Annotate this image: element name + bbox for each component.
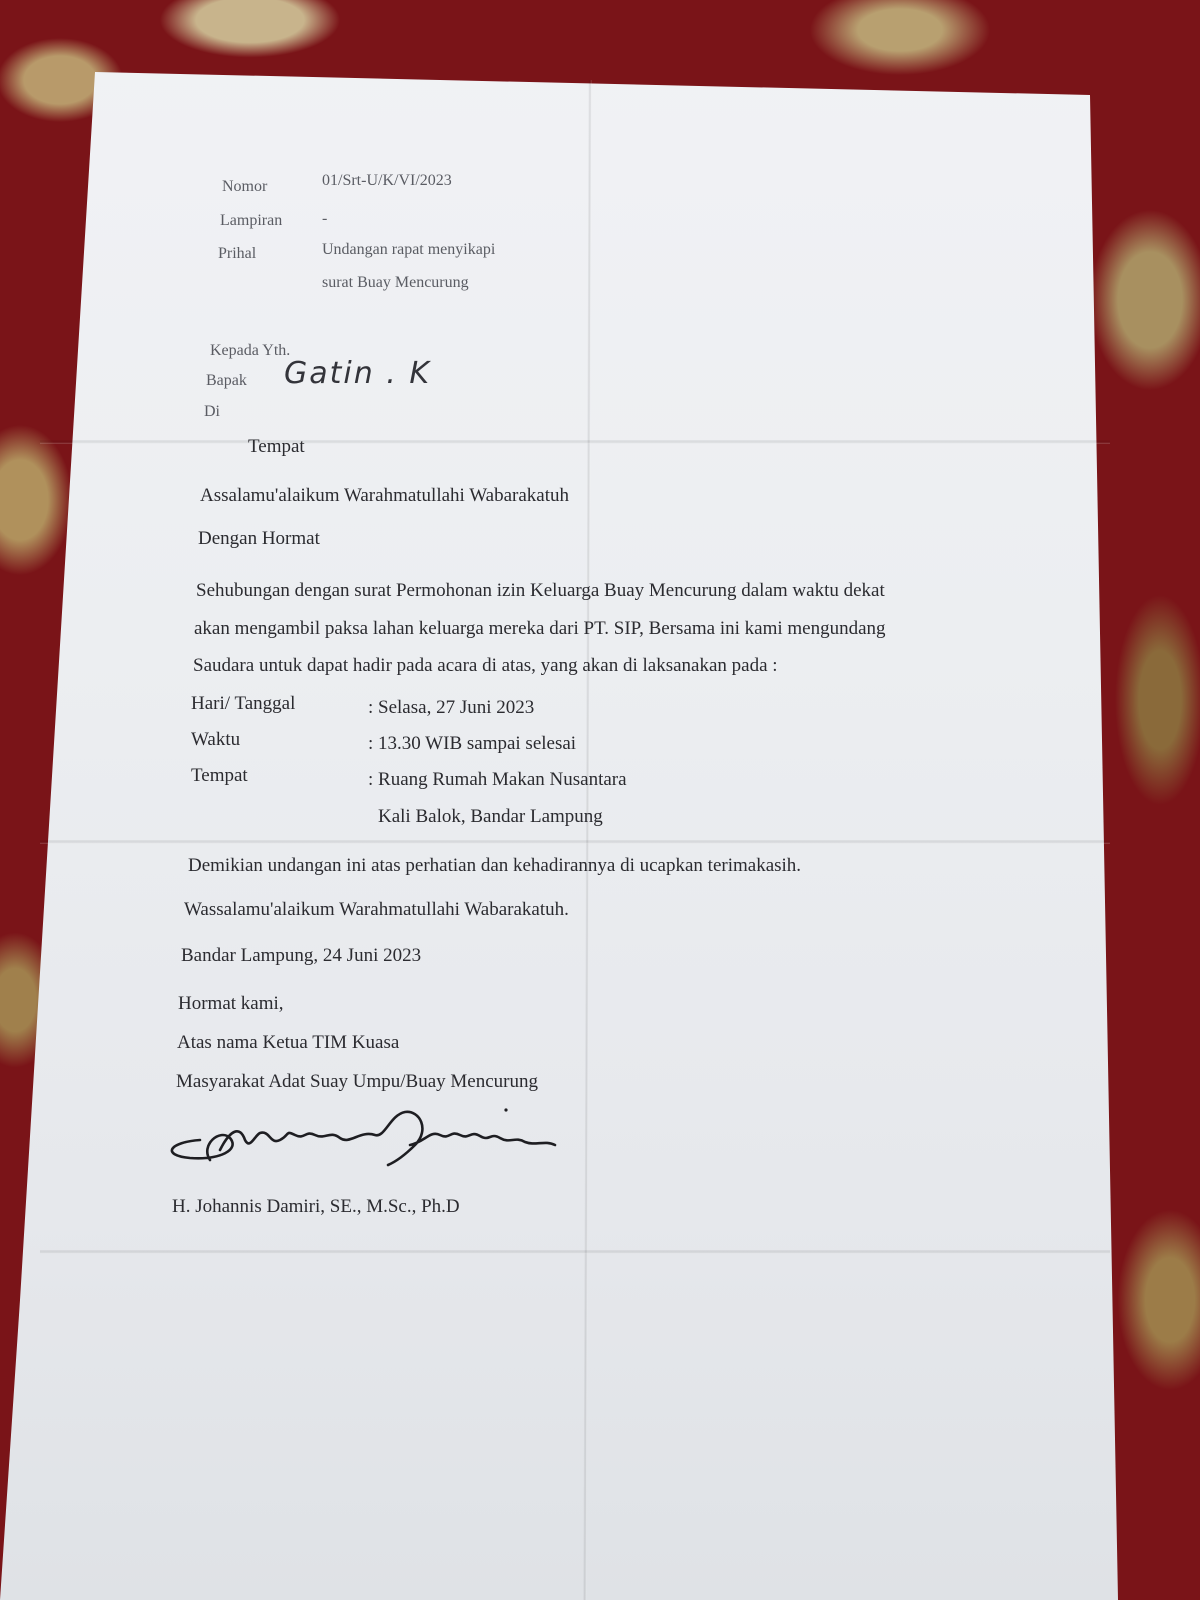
place-date: Bandar Lampung, 24 Juni 2023 <box>181 945 421 967</box>
prihal-value-line2: surat Buay Mencurung <box>322 274 469 292</box>
lampiran-label: Lampiran <box>220 212 282 230</box>
nomor-label: Nomor <box>222 178 267 196</box>
paragraph-line: akan mengambil paksa lahan keluarga mere… <box>194 618 886 640</box>
detail-value-date: : Selasa, 27 Juni 2023 <box>368 697 534 719</box>
salutation: Dengan Hormat <box>198 528 320 550</box>
closing-text: Demikian undangan ini atas perhatian dan… <box>188 855 801 877</box>
detail-value-place-line2: Kali Balok, Bandar Lampung <box>378 806 603 828</box>
lampiran-value: - <box>322 210 327 228</box>
signature-icon <box>160 1100 580 1170</box>
paragraph-line: Sehubungan dengan surat Permohonan izin … <box>196 580 885 602</box>
sign-off-line: Masyarakat Adat Suay Umpu/Buay Mencurung <box>176 1071 538 1093</box>
detail-value-time: : 13.30 WIB sampai selesai <box>368 733 576 755</box>
detail-label-place: Tempat <box>191 765 248 787</box>
farewell: Wassalamu'alaikum Warahmatullahi Wabarak… <box>184 899 569 921</box>
fold-crease-horizontal <box>40 440 1110 444</box>
fold-crease-horizontal <box>40 1250 1110 1254</box>
handwritten-recipient-name: Gatin . K <box>284 356 431 391</box>
fold-crease-horizontal <box>40 840 1110 844</box>
sign-off-line: Hormat kami, <box>178 993 284 1015</box>
paragraph-line: Saudara untuk dapat hadir pada acara di … <box>193 655 778 677</box>
recipient-salutation: Kepada Yth. <box>210 342 290 360</box>
detail-label-time: Waktu <box>191 729 240 751</box>
di-label: Di <box>204 403 220 421</box>
prihal-label: Prihal <box>218 245 256 263</box>
bapak-label: Bapak <box>206 372 247 390</box>
nomor-value: 01/Srt-U/K/VI/2023 <box>322 172 452 190</box>
letter-paper <box>0 0 1200 1600</box>
detail-label-date: Hari/ Tanggal <box>191 693 295 715</box>
signatory-name: H. Johannis Damiri, SE., M.Sc., Ph.D <box>172 1196 460 1218</box>
detail-value-place: : Ruang Rumah Makan Nusantara <box>368 769 627 791</box>
prihal-value-line1: Undangan rapat menyikapi <box>322 241 495 259</box>
greeting: Assalamu'alaikum Warahmatullahi Wabaraka… <box>200 485 569 507</box>
recipient-place: Tempat <box>248 436 305 458</box>
sign-off-line: Atas nama Ketua TIM Kuasa <box>177 1032 399 1054</box>
